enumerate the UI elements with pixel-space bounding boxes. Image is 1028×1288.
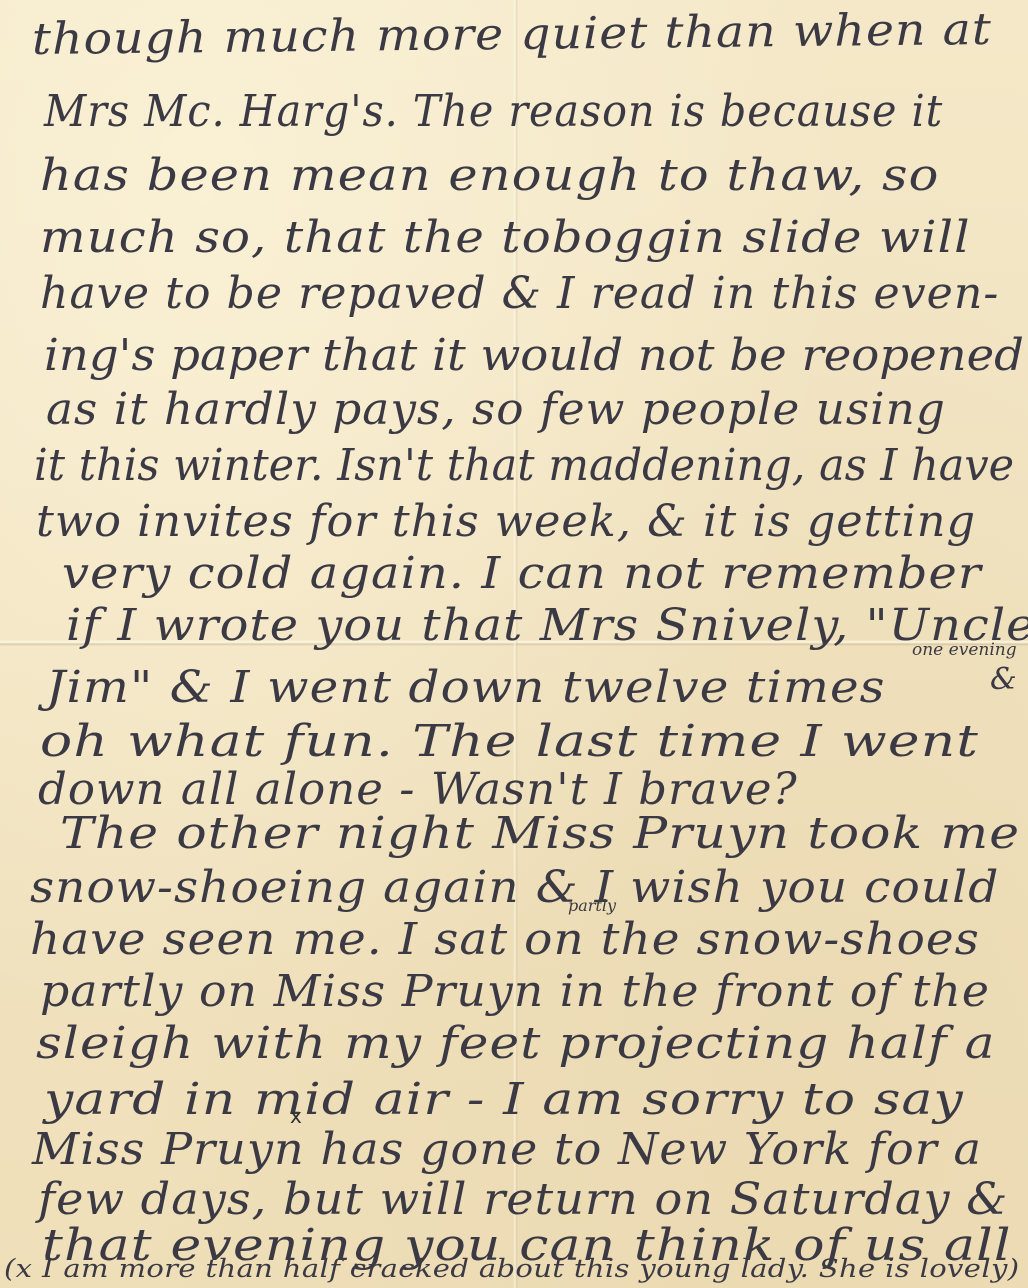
letter-line-15: The other night Miss Pruyn took me	[60, 808, 1020, 859]
insertion-partly: partly	[568, 896, 616, 915]
letter-line-4: much so, that the toboggin slide will	[40, 212, 971, 263]
letter-line-21: Miss Pruyn has gone to New York for a	[32, 1124, 982, 1175]
letter-line-3: has been mean enough to thaw, so	[40, 150, 939, 201]
letter-line-8: it this winter. Isn't that maddening, as…	[34, 440, 1014, 491]
letter-line-20: yard in mid air - I am sorry to say	[44, 1074, 964, 1125]
letter-line-16: snow-shoeing again & I wish you could	[30, 862, 999, 913]
letter-line-19: sleigh with my feet projecting half a	[36, 1018, 996, 1069]
letter-line-12: Jim" & I went down twelve times	[46, 662, 886, 713]
letter-line-9: two invites for this week, & it is getti…	[36, 496, 976, 547]
letter-line-11: if I wrote you that Mrs Snively, "Uncle	[66, 600, 1028, 651]
letter-line-1: though much more quiet than when at	[32, 4, 992, 65]
insertion-ampersand: &	[990, 662, 1017, 697]
insertion-one-evening: one evening	[912, 640, 1017, 660]
letter-line-17: have seen me. I sat on the snow-shoes	[30, 914, 980, 965]
letter-line-2: Mrs Mc. Harg's. The reason is because it	[44, 86, 943, 137]
footnote-text: (x I am more than half cracked about thi…	[4, 1254, 1019, 1283]
letter-line-7: as it hardly pays, so few people using	[46, 384, 946, 435]
letter-line-5: have to be repaved & I read in this even…	[40, 268, 999, 319]
letter-line-18: partly on Miss Pruyn in the front of the	[40, 966, 990, 1017]
letter-line-6: ing's paper that it would not be reopene…	[44, 330, 1024, 381]
letter-line-10: very cold again. I can not remember	[62, 548, 982, 599]
letter-line-13: oh what fun. The last time I went	[40, 716, 979, 767]
letter-line-22: few days, but will return on Saturday &	[38, 1174, 1008, 1225]
letter-page: though much more quiet than when at Mrs …	[0, 0, 1028, 1288]
